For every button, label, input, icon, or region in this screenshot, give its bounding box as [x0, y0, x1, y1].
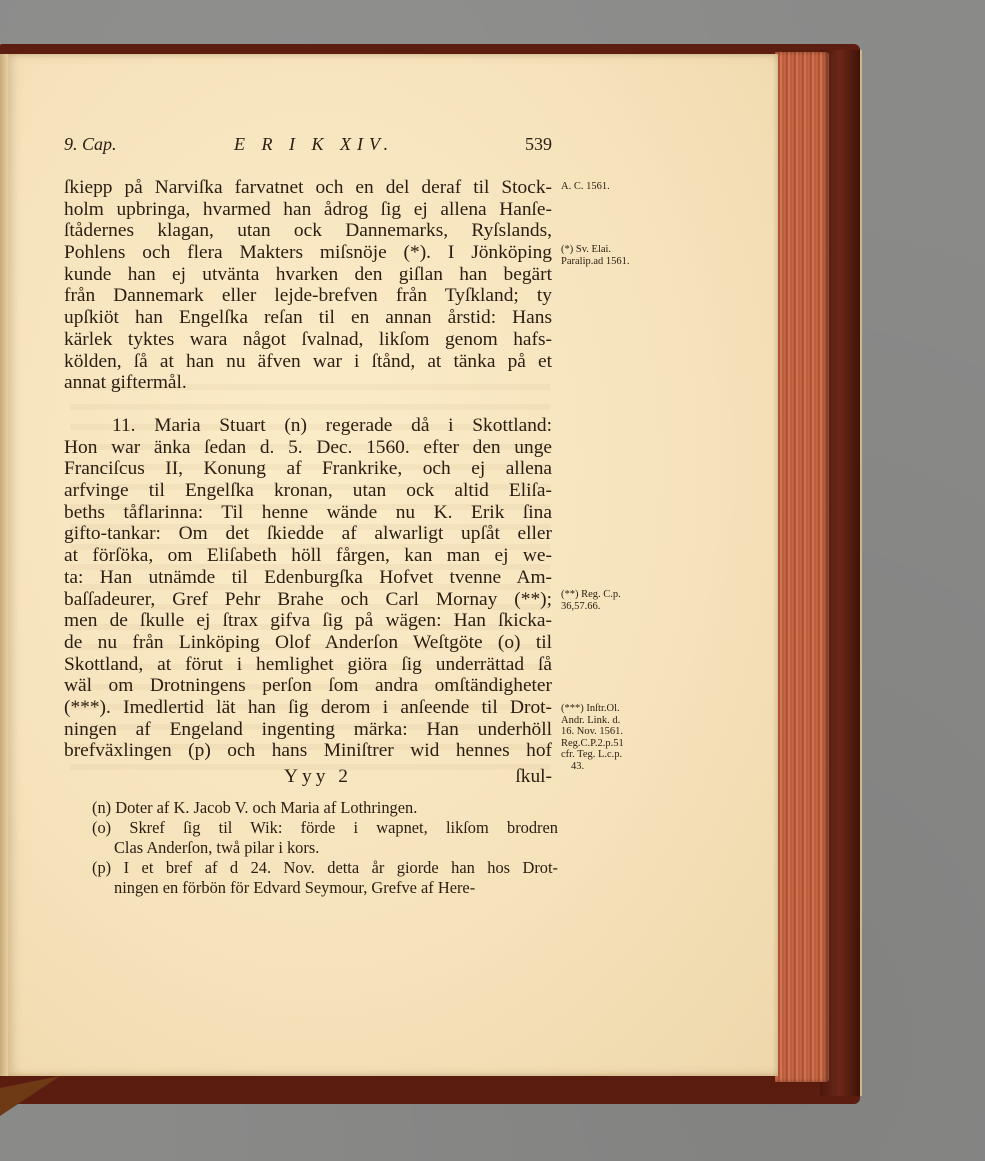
- footnote-text: Doter af K. Jacob V. och Maria af Lothri…: [115, 798, 417, 817]
- text-line: wäl om Drotningens perſon ſom andra omſt…: [64, 675, 552, 697]
- text-line: annat giftermål.: [64, 372, 552, 394]
- text-line: at förſöka, om Eliſabeth höll fårgen, ka…: [64, 545, 552, 567]
- text-line: arfvinge til Engelſka kronan, utan ock a…: [64, 480, 552, 502]
- text-line: (***). Imedlertid lät han ſig derom i an…: [64, 697, 552, 719]
- margin-note-line: Paralip.ad 1561.: [561, 256, 651, 268]
- margin-note-line: 16. Nov. 1561.: [561, 726, 651, 738]
- text-line: ſtådernes klagan, utan ock Dannemarks, R…: [64, 220, 552, 242]
- text-line: holm upbringa, hvarmed han ådrog ſig ej …: [64, 199, 552, 221]
- margin-note-line: (***) Inſtr.Ol.: [561, 703, 651, 715]
- footnotes: (n) Doter af K. Jacob V. och Maria af Lo…: [92, 798, 558, 898]
- text-line: Pohlens och flera Makters miſsnöje (*). …: [64, 242, 552, 264]
- margin-note-line: 43.: [561, 761, 651, 773]
- text-line: Hon war änka ſedan d. 5. Dec. 1560. efte…: [64, 437, 552, 459]
- margin-note-line: Andr. Link. d.: [561, 715, 651, 727]
- margin-note-star: (*) Sv. Elai. Paralip.ad 1561.: [561, 244, 651, 267]
- catchword: ſkul-: [515, 766, 552, 788]
- text-line: kärlek tyktes wara något ſvalnad, likſom…: [64, 329, 552, 351]
- page-number: 539: [525, 134, 552, 155]
- footnote-o-cont: Clas Anderſon, twå pilar i kors.: [92, 838, 558, 858]
- footnote-mark: (p): [92, 858, 111, 877]
- chapter-label: 9. Cap.: [64, 134, 117, 155]
- signature-mark: Yyy 2: [284, 766, 352, 788]
- margin-note-double-star: (**) Reg. C.p. 36,57.66.: [561, 589, 651, 612]
- margin-note-line: A. C. 1561.: [561, 181, 651, 193]
- gutter-shadow: [0, 54, 8, 1076]
- footnote-text: Skref ſig til Wik: förde i wapnet, likſo…: [129, 818, 558, 837]
- text-line: Franciſcus II, Konung af Frankrike, och …: [64, 458, 552, 480]
- text-line: gifto-tankar: Om det ſkiedde af alwarlig…: [64, 523, 552, 545]
- running-header: 9. Cap. E R I K XIV. 539: [64, 134, 552, 158]
- footnote-p-cont: ningen en förbön för Edvard Seymour, Gre…: [92, 878, 558, 898]
- footnote-o: (o) Skref ſig til Wik: förde i wapnet, l…: [92, 818, 558, 838]
- margin-note-line: cfr. Teg. L.c.p.: [561, 749, 651, 761]
- margin-note-triple-star: (***) Inſtr.Ol. Andr. Link. d. 16. Nov. …: [561, 703, 651, 772]
- signature-line: Yyy 2 ſkul-: [64, 766, 552, 788]
- text-line: ſkiepp på Narviſka farvatnet och en del …: [64, 177, 552, 199]
- margin-note-line: Reg.C.P.2.p.51: [561, 738, 651, 750]
- footnote-mark: (n): [92, 798, 111, 817]
- footnote-mark: (o): [92, 818, 111, 837]
- paragraph-2: 11. Maria Stuart (n) regerade då i Skott…: [64, 415, 552, 762]
- page-edges: [775, 52, 829, 1082]
- text-line: baſſadeurer, Gref Pehr Brahe och Carl Mo…: [64, 589, 552, 611]
- text-line: de nu från Linköping Olof Anderſon Weſtg…: [64, 632, 552, 654]
- footnote-n: (n) Doter af K. Jacob V. och Maria af Lo…: [92, 798, 558, 818]
- text-line: beths tåflarinna: Til henne wände nu K. …: [64, 502, 552, 524]
- margin-note-line: (**) Reg. C.p.: [561, 589, 651, 601]
- text-line: men de ſkulle ej ſtrax gifva ſig på wäge…: [64, 610, 552, 632]
- text-line: ningen af Engeland ingenting märka: Han …: [64, 719, 552, 741]
- text-line: från Dannemark eller lejde-brefven från …: [64, 285, 552, 307]
- paragraph-1: ſkiepp på Narviſka farvatnet och en del …: [64, 177, 552, 394]
- text-line: Skottland, at förut i hemlighet giöra ſi…: [64, 654, 552, 676]
- footnote-text: I et bref af d 24. Nov. detta år giorde …: [124, 858, 558, 877]
- text-line: brefväxlingen (p) och hans Miniſtrer wid…: [64, 740, 552, 762]
- text-line: kölden, ſå at han nu äfven war i ſtånd, …: [64, 351, 552, 373]
- running-title: E R I K XIV.: [234, 134, 394, 155]
- margin-note-line: (*) Sv. Elai.: [561, 244, 651, 256]
- footnote-p: (p) I et bref af d 24. Nov. detta år gio…: [92, 858, 558, 878]
- text-line: kunde han ej utvänta hvarken den giſlan …: [64, 264, 552, 286]
- text-line: ta: Han utnämde til Edenburgſka Hofvet t…: [64, 567, 552, 589]
- text-line: upſkiöt han Engelſka reſan til en annan …: [64, 307, 552, 329]
- margin-note-line: 36,57.66.: [561, 601, 651, 613]
- margin-note-year: A. C. 1561.: [561, 181, 651, 193]
- text-line: 11. Maria Stuart (n) regerade då i Skott…: [64, 415, 552, 437]
